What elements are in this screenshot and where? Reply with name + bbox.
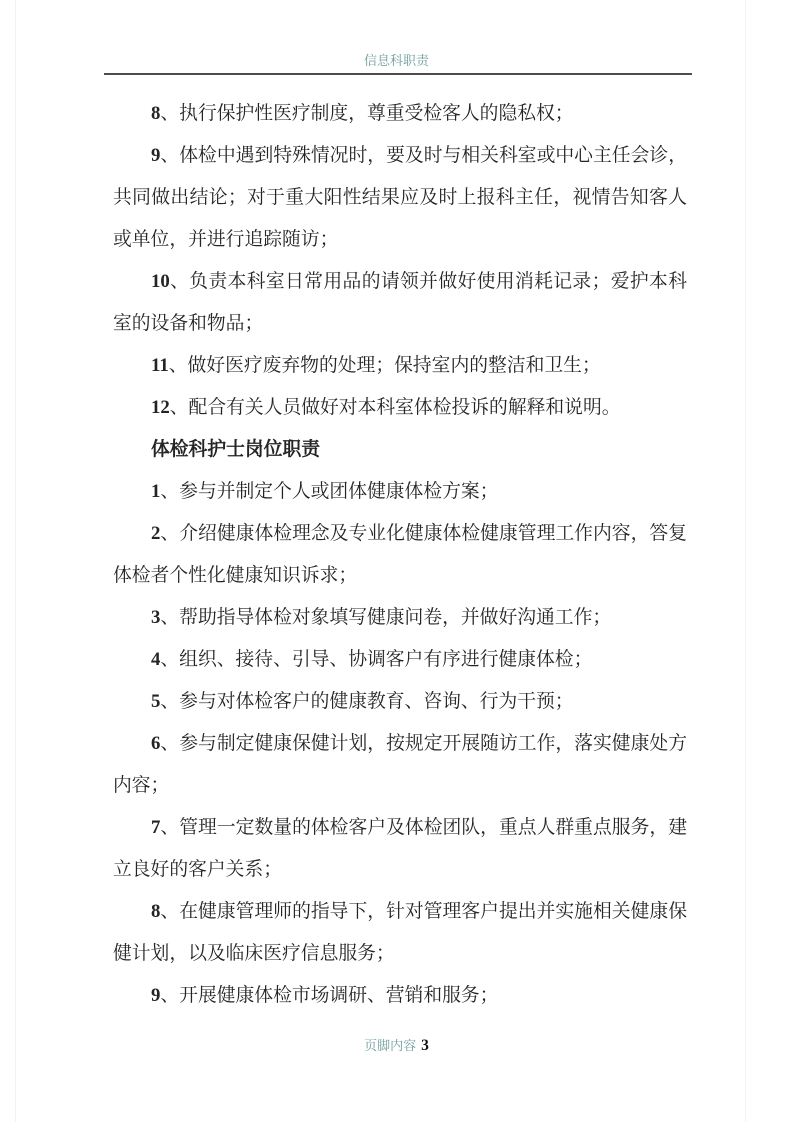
item-number: 9 — [151, 985, 160, 1006]
item-number: 1 — [151, 481, 160, 502]
item-text: 、做好医疗废弃物的处理；保持室内的整洁和卫生； — [169, 355, 601, 376]
header-title: 信息科职责 — [364, 53, 429, 68]
item-number: 7 — [151, 817, 160, 838]
list-item: 4、组织、接待、引导、协调客户有序进行健康体检； — [113, 639, 687, 681]
list-item: 12、配合有关人员做好对本科室体检投诉的解释和说明。 — [113, 387, 687, 429]
item-text: 、帮助指导体检对象填写健康问卷，并做好沟通工作； — [160, 607, 611, 628]
page-right-edge — [745, 0, 746, 1122]
footer-page-number: 3 — [421, 1037, 429, 1054]
item-text: 、负责本科室日常用品的请领并做好使用消耗记录；爱护本科室的设备和物品； — [113, 271, 687, 334]
list-item: 10、负责本科室日常用品的请领并做好使用消耗记录；爱护本科室的设备和物品； — [113, 261, 687, 345]
item-text: 、组织、接待、引导、协调客户有序进行健康体检； — [160, 649, 592, 670]
item-number: 2 — [151, 523, 160, 544]
item-text: 、介绍健康体检理念及专业化健康体检健康管理工作内容，答复体检者个性化健康知识诉求… — [113, 523, 687, 586]
footer-label: 页脚内容 — [364, 1038, 416, 1053]
document-page: 信息科职责 8、执行保护性医疗制度，尊重受检客人的隐私权； 9、体检中遇到特殊情… — [0, 0, 793, 1122]
item-text: 、在健康管理师的指导下，针对管理客户提出并实施相关健康保健计划，以及临床医疗信息… — [113, 901, 687, 964]
item-number: 10 — [151, 271, 170, 292]
item-number: 12 — [151, 397, 170, 418]
item-number: 8 — [151, 901, 160, 922]
page-header: 信息科职责 — [0, 52, 793, 69]
document-body: 8、执行保护性医疗制度，尊重受检客人的隐私权； 9、体检中遇到特殊情况时，要及时… — [113, 93, 687, 1017]
item-number: 3 — [151, 607, 160, 628]
item-text: 、参与制定健康保健计划，按规定开展随访工作，落实健康处方内容； — [113, 733, 687, 796]
header-rule — [104, 73, 692, 75]
item-number: 4 — [151, 649, 160, 670]
item-text: 、参与对体检客户的健康教育、咨询、行为干预； — [160, 691, 573, 712]
list-item: 3、帮助指导体检对象填写健康问卷，并做好沟通工作； — [113, 597, 687, 639]
section-heading: 体检科护士岗位职责 — [113, 429, 687, 471]
item-number: 9 — [151, 145, 160, 166]
item-text: 、开展健康体检市场调研、营销和服务； — [160, 985, 498, 1006]
item-number: 5 — [151, 691, 160, 712]
item-text: 、参与并制定个人或团体健康体检方案； — [160, 481, 498, 502]
list-item: 7、管理一定数量的体检客户及体检团队，重点人群重点服务，建立良好的客户关系； — [113, 807, 687, 891]
list-item: 9、体检中遇到特殊情况时，要及时与相关科室或中心主任会诊，共同做出结论；对于重大… — [113, 135, 687, 261]
item-number: 6 — [151, 733, 160, 754]
list-item: 9、开展健康体检市场调研、营销和服务； — [113, 975, 687, 1017]
list-item: 11、做好医疗废弃物的处理；保持室内的整洁和卫生； — [113, 345, 687, 387]
item-number: 8 — [151, 103, 160, 124]
list-item: 8、执行保护性医疗制度，尊重受检客人的隐私权； — [113, 93, 687, 135]
list-item: 8、在健康管理师的指导下，针对管理客户提出并实施相关健康保健计划，以及临床医疗信… — [113, 891, 687, 975]
page-footer: 页脚内容3 — [0, 1036, 793, 1056]
list-item: 5、参与对体检客户的健康教育、咨询、行为干预； — [113, 681, 687, 723]
list-item: 1、参与并制定个人或团体健康体检方案； — [113, 471, 687, 513]
item-text: 、执行保护性医疗制度，尊重受检客人的隐私权； — [160, 103, 573, 124]
list-item: 6、参与制定健康保健计划，按规定开展随访工作，落实健康处方内容； — [113, 723, 687, 807]
item-number: 11 — [151, 355, 169, 376]
item-text: 、体检中遇到特殊情况时，要及时与相关科室或中心主任会诊，共同做出结论；对于重大阳… — [113, 145, 687, 250]
page-left-edge — [15, 0, 16, 1122]
list-item: 2、介绍健康体检理念及专业化健康体检健康管理工作内容，答复体检者个性化健康知识诉… — [113, 513, 687, 597]
item-text: 、管理一定数量的体检客户及体检团队，重点人群重点服务，建立良好的客户关系； — [113, 817, 687, 880]
item-text: 、配合有关人员做好对本科室体检投诉的解释和说明。 — [170, 397, 621, 418]
